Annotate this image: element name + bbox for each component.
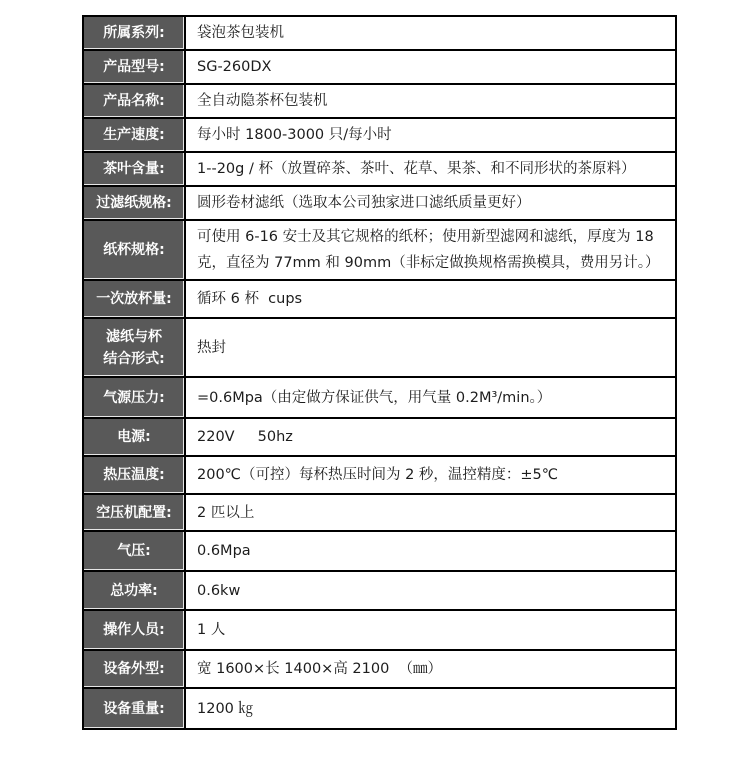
spec-row-operators: 操作人员: 1 人 <box>84 611 675 651</box>
spec-label-air-pressure: 气压: <box>84 532 186 570</box>
spec-value-total-power: 0.6kw <box>186 572 675 609</box>
spec-value-machine-weight: 1200 ㎏ <box>186 689 675 728</box>
spec-value-heat-press-temperature: 200℃（可控）每杯热压时间为 2 秒，温控精度：±5℃ <box>186 457 675 493</box>
spec-value-filter-paper-spec: 圆形卷材滤纸（选取本公司独家进口滤纸质量更好） <box>186 187 675 219</box>
spec-value-product-name: 全自动隐茶杯包装机 <box>186 85 675 117</box>
spec-row-model: 产品型号: SG-260DX <box>84 51 675 85</box>
product-spec-table: 所属系列: 袋泡茶包装机 产品型号: SG-260DX 产品名称: 全自动隐茶杯… <box>82 15 677 730</box>
spec-row-air-supply-pressure: 气源压力: =0.6Mpa（由定做方保证供气，用气量 0.2M³/min。） <box>84 378 675 419</box>
spec-row-paper-cup-bonding: 滤纸与杯 结合形式: 热封 <box>84 319 675 378</box>
spec-row-series: 所属系列: 袋泡茶包装机 <box>84 17 675 51</box>
spec-row-production-speed: 生产速度: 每小时 1800-3000 只/每小时 <box>84 119 675 153</box>
spec-label-total-power: 总功率: <box>84 572 186 609</box>
spec-label-tea-content: 茶叶含量: <box>84 153 186 185</box>
spec-label-air-compressor: 空压机配置: <box>84 495 186 530</box>
spec-row-machine-weight: 设备重量: 1200 ㎏ <box>84 689 675 728</box>
spec-row-cups-per-cycle: 一次放杯量: 循环 6 杯 cups <box>84 281 675 319</box>
spec-row-power-supply: 电源: 220V 50hz <box>84 419 675 457</box>
spec-label-model: 产品型号: <box>84 51 186 83</box>
spec-label-air-supply-pressure: 气源压力: <box>84 378 186 417</box>
spec-label-cups-per-cycle: 一次放杯量: <box>84 281 186 317</box>
spec-value-tea-content: 1--20g / 杯（放置碎茶、茶叶、花草、果茶、和不同形状的茶原料） <box>186 153 675 185</box>
spec-value-power-supply: 220V 50hz <box>186 419 675 455</box>
spec-row-product-name: 产品名称: 全自动隐茶杯包装机 <box>84 85 675 119</box>
spec-value-production-speed: 每小时 1800-3000 只/每小时 <box>186 119 675 151</box>
spec-value-operators: 1 人 <box>186 611 675 649</box>
spec-value-paper-cup-bonding: 热封 <box>186 319 675 376</box>
spec-label-heat-press-temperature: 热压温度: <box>84 457 186 493</box>
spec-value-air-pressure: 0.6Mpa <box>186 532 675 570</box>
spec-row-paper-cup-spec: 纸杯规格: 可使用 6-16 安士及其它规格的纸杯；使用新型滤网和滤纸，厚度为 … <box>84 221 675 281</box>
spec-value-machine-dimensions: 宽 1600×长 1400×高 2100 （㎜） <box>186 651 675 687</box>
spec-row-air-pressure: 气压: 0.6Mpa <box>84 532 675 572</box>
spec-label-operators: 操作人员: <box>84 611 186 649</box>
spec-value-air-compressor: 2 匹以上 <box>186 495 675 530</box>
spec-row-filter-paper-spec: 过滤纸规格: 圆形卷材滤纸（选取本公司独家进口滤纸质量更好） <box>84 187 675 221</box>
spec-label-production-speed: 生产速度: <box>84 119 186 151</box>
spec-label-paper-cup-spec: 纸杯规格: <box>84 221 186 279</box>
spec-row-total-power: 总功率: 0.6kw <box>84 572 675 611</box>
spec-label-paper-cup-bonding: 滤纸与杯 结合形式: <box>84 319 186 376</box>
spec-value-series: 袋泡茶包装机 <box>186 17 675 49</box>
spec-label-machine-weight: 设备重量: <box>84 689 186 728</box>
spec-value-cups-per-cycle: 循环 6 杯 cups <box>186 281 675 317</box>
spec-row-air-compressor: 空压机配置: 2 匹以上 <box>84 495 675 532</box>
spec-value-air-supply-pressure: =0.6Mpa（由定做方保证供气，用气量 0.2M³/min。） <box>186 378 675 417</box>
spec-label-product-name: 产品名称: <box>84 85 186 117</box>
spec-label-series: 所属系列: <box>84 17 186 49</box>
spec-value-paper-cup-spec: 可使用 6-16 安士及其它规格的纸杯；使用新型滤网和滤纸，厚度为 18 克，直… <box>186 221 675 279</box>
spec-label-filter-paper-spec: 过滤纸规格: <box>84 187 186 219</box>
spec-row-tea-content: 茶叶含量: 1--20g / 杯（放置碎茶、茶叶、花草、果茶、和不同形状的茶原料… <box>84 153 675 187</box>
spec-label-power-supply: 电源: <box>84 419 186 455</box>
spec-label-machine-dimensions: 设备外型: <box>84 651 186 687</box>
spec-value-model: SG-260DX <box>186 51 675 83</box>
spec-row-machine-dimensions: 设备外型: 宽 1600×长 1400×高 2100 （㎜） <box>84 651 675 689</box>
spec-row-heat-press-temperature: 热压温度: 200℃（可控）每杯热压时间为 2 秒，温控精度：±5℃ <box>84 457 675 495</box>
